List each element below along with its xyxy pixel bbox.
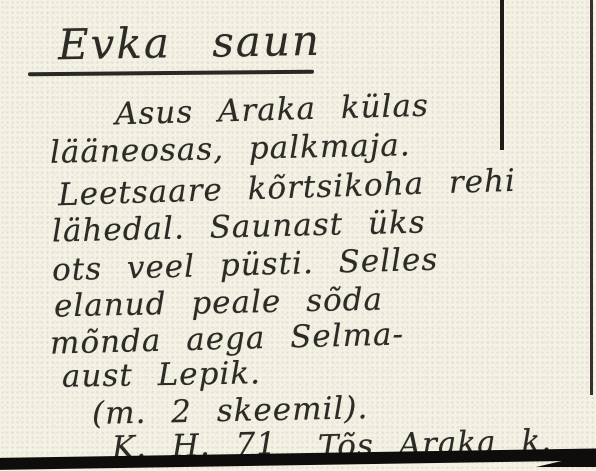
handwritten-line: aust Lepik. — [62, 358, 262, 392]
handwritten-line: mõnda aega Selma- — [50, 319, 405, 359]
handwritten-line: lähedal. Saunast üks — [52, 207, 426, 247]
handwritten-line: Asus Araka külas — [115, 91, 430, 131]
card-title: Evka saun — [58, 16, 322, 70]
handwritten-line: lääneosas, palkmaja. — [50, 130, 411, 169]
handwritten-line: elanud peale sõda — [54, 285, 384, 323]
title-underline — [28, 70, 314, 76]
handwritten-line: (m. 2 skeemil). — [92, 393, 369, 430]
scan-bottom-edge — [0, 448, 596, 470]
scanned-card: Evka saun Asus Araka külas lääneosas, pa… — [0, 0, 596, 471]
scan-edge-line — [590, 0, 593, 395]
card-paper: Evka saun Asus Araka külas lääneosas, pa… — [0, 0, 596, 471]
scan-crease-line — [500, 0, 504, 150]
handwritten-line: ots veel püsti. Selles — [52, 245, 439, 287]
handwritten-line: Leetsaare kõrtsikoha rehi — [58, 166, 517, 211]
